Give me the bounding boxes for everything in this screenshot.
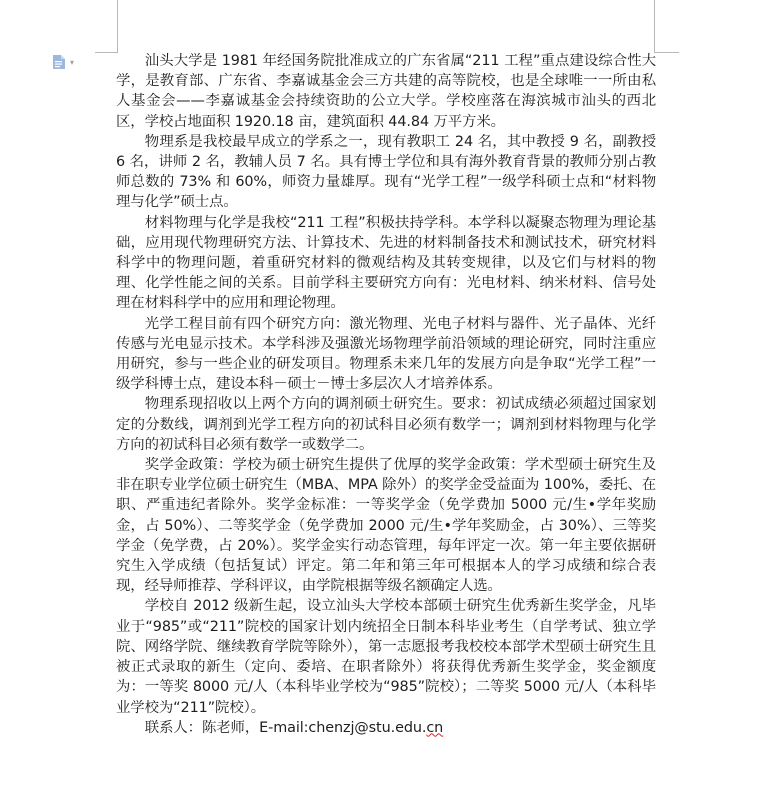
page-corner-mark-left <box>95 0 118 53</box>
page-corner-mark-right <box>654 0 679 53</box>
paragraph-physics-dept: 物理系是我校最早成立的学系之一，现有教职工 24 名，其中教授 9 名，副教授 … <box>116 132 656 213</box>
paragraph-scholarship: 奖学金政策：学校为硕士研究生提供了优厚的奖学金政策：学术型硕士研究生及非在职专业… <box>116 455 656 596</box>
paragraph-new-student-award: 学校自 2012 级新生起，设立汕头大学校本部硕士研究生优秀新生奖学金，凡毕业于… <box>116 596 656 717</box>
contact-email[interactable]: E-mail:chenzj@stu.edu.cn <box>259 720 443 736</box>
document-icon[interactable] <box>53 55 65 69</box>
paragraph-contact: 联系人：陈老师，E-mail:chenzj@stu.edu.cn <box>116 718 656 738</box>
document-page[interactable]: 汕头大学是 1981 年经国务院批准成立的广东省属“211 工程”重点建设综合性… <box>116 51 656 738</box>
paragraph-intro: 汕头大学是 1981 年经国务院批准成立的广东省属“211 工程”重点建设综合性… <box>116 51 656 132</box>
paragraph-optics: 光学工程目前有四个研究方向：激光物理、光电子材料与器件、光子晶体、光纤传感与光电… <box>116 314 656 395</box>
paragraph-materials: 材料物理与化学是我校“211 工程”积极扶持学科。本学科以凝聚态物理为理论基础，… <box>116 213 656 314</box>
contact-label: 联系人：陈老师， <box>145 720 259 736</box>
paragraph-transfer: 物理系现招收以上两个方向的调剂硕士研究生。要求：初试成绩必须超过国家划定的分数线… <box>116 394 656 455</box>
spellcheck-underline: cn <box>426 720 443 736</box>
email-text: E-mail:chenzj@stu.edu. <box>259 720 426 736</box>
paste-options-caret[interactable]: ▾ <box>70 58 74 67</box>
